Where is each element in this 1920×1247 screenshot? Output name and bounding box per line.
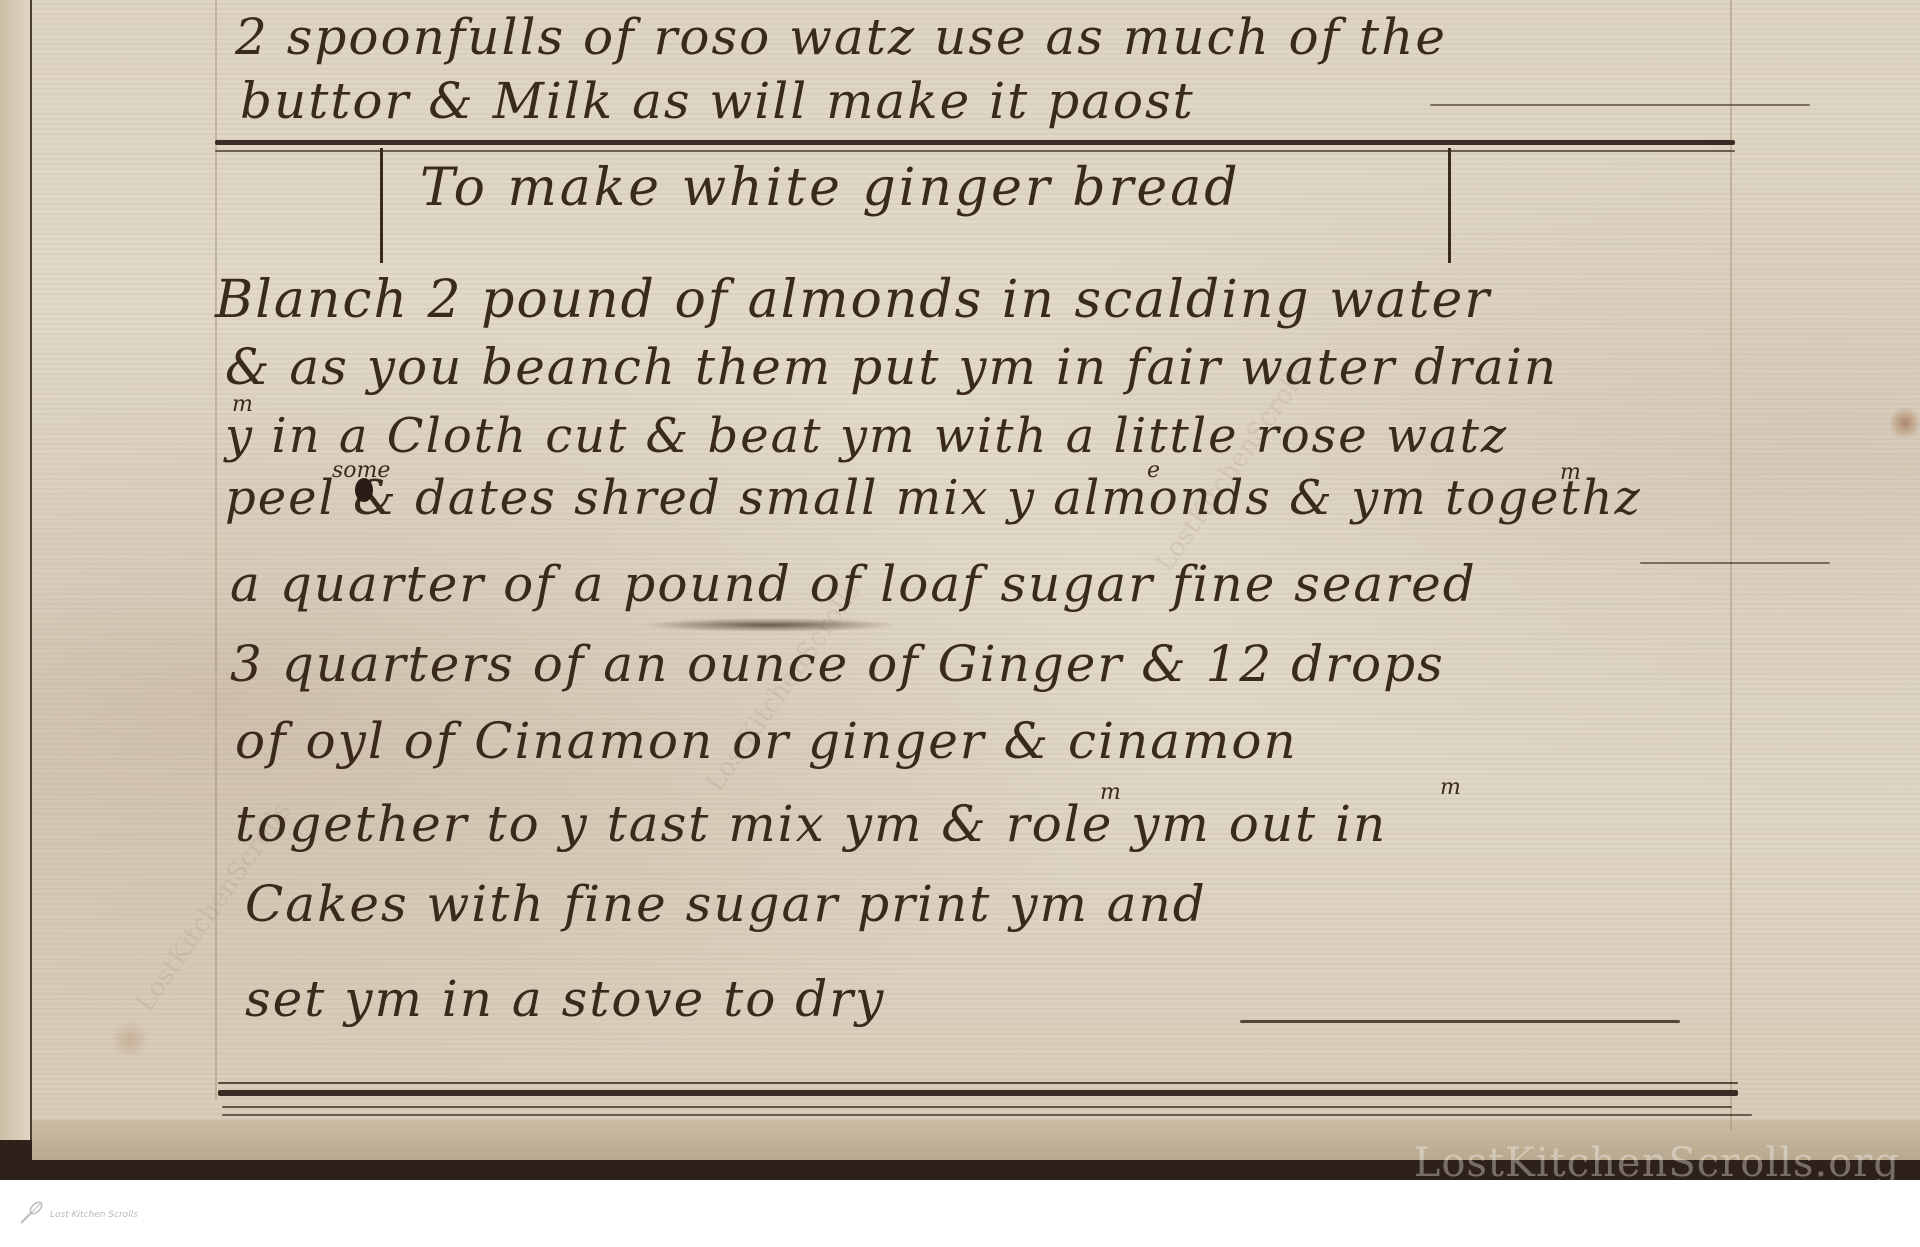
preceding-line-1: 2 spoonfulls of roso watz use as much of…	[235, 8, 1447, 66]
bottom-rule-thin	[222, 1114, 1752, 1116]
recipe-line-8: together to y tast mix ym & role ym out …	[235, 795, 1387, 853]
bottom-rule-thin	[218, 1082, 1738, 1084]
left-margin-line	[215, 0, 217, 1100]
site-watermark: LostKitchenScrolls.org	[1414, 1140, 1900, 1186]
insertion-m: m	[1440, 775, 1461, 800]
whisk-icon	[18, 1200, 44, 1230]
stain	[1890, 405, 1920, 441]
closing-flourish	[1240, 1020, 1680, 1023]
logo-label: Lost Kitchen Scrolls	[50, 1210, 138, 1220]
ink-smudge	[640, 618, 900, 632]
ink-blot	[355, 478, 373, 502]
insertion-e: e	[1147, 458, 1160, 483]
facing-page-edge	[0, 0, 32, 1140]
recipe-line-5: a quarter of a pound of loaf sugar fine …	[230, 555, 1477, 613]
line-end-flourish	[1430, 104, 1810, 106]
bottom-rule-thick	[218, 1090, 1738, 1096]
right-margin-line	[1730, 0, 1732, 1130]
recipe-line-9: Cakes with fine sugar print ym and	[245, 875, 1207, 933]
preceding-line-2: buttor & Milk as will make it paost	[240, 72, 1195, 130]
brand-logo: Lost Kitchen Scrolls	[18, 1200, 138, 1230]
recipe-line-2: & as you beanch them put ym in fair wate…	[225, 338, 1558, 396]
insertion-m: m	[1560, 460, 1581, 485]
bottom-rule-thin	[222, 1106, 1732, 1108]
insertion-m: m	[232, 392, 253, 417]
stain	[110, 1020, 150, 1060]
insertion-m: m	[1100, 780, 1121, 805]
recipe-line-1: Blanch 2 pound of almonds in scalding wa…	[215, 270, 1491, 330]
line-end-flourish	[1640, 562, 1830, 564]
recipe-line-3: y in a Cloth cut & beat ym with a little…	[225, 408, 1508, 464]
recipe-title: To make white ginger bread	[420, 158, 1241, 218]
recipe-line-4: peel & dates shred small mix y almonds &…	[225, 470, 1642, 526]
section-rule-thick	[215, 140, 1735, 145]
recipe-line-7: of oyl of Cinamon or ginger & cinamon	[235, 712, 1298, 770]
recipe-line-6: 3 quarters of an ounce of Ginger & 12 dr…	[230, 635, 1445, 693]
recipe-line-10: set ym in a stove to dry	[245, 970, 885, 1028]
